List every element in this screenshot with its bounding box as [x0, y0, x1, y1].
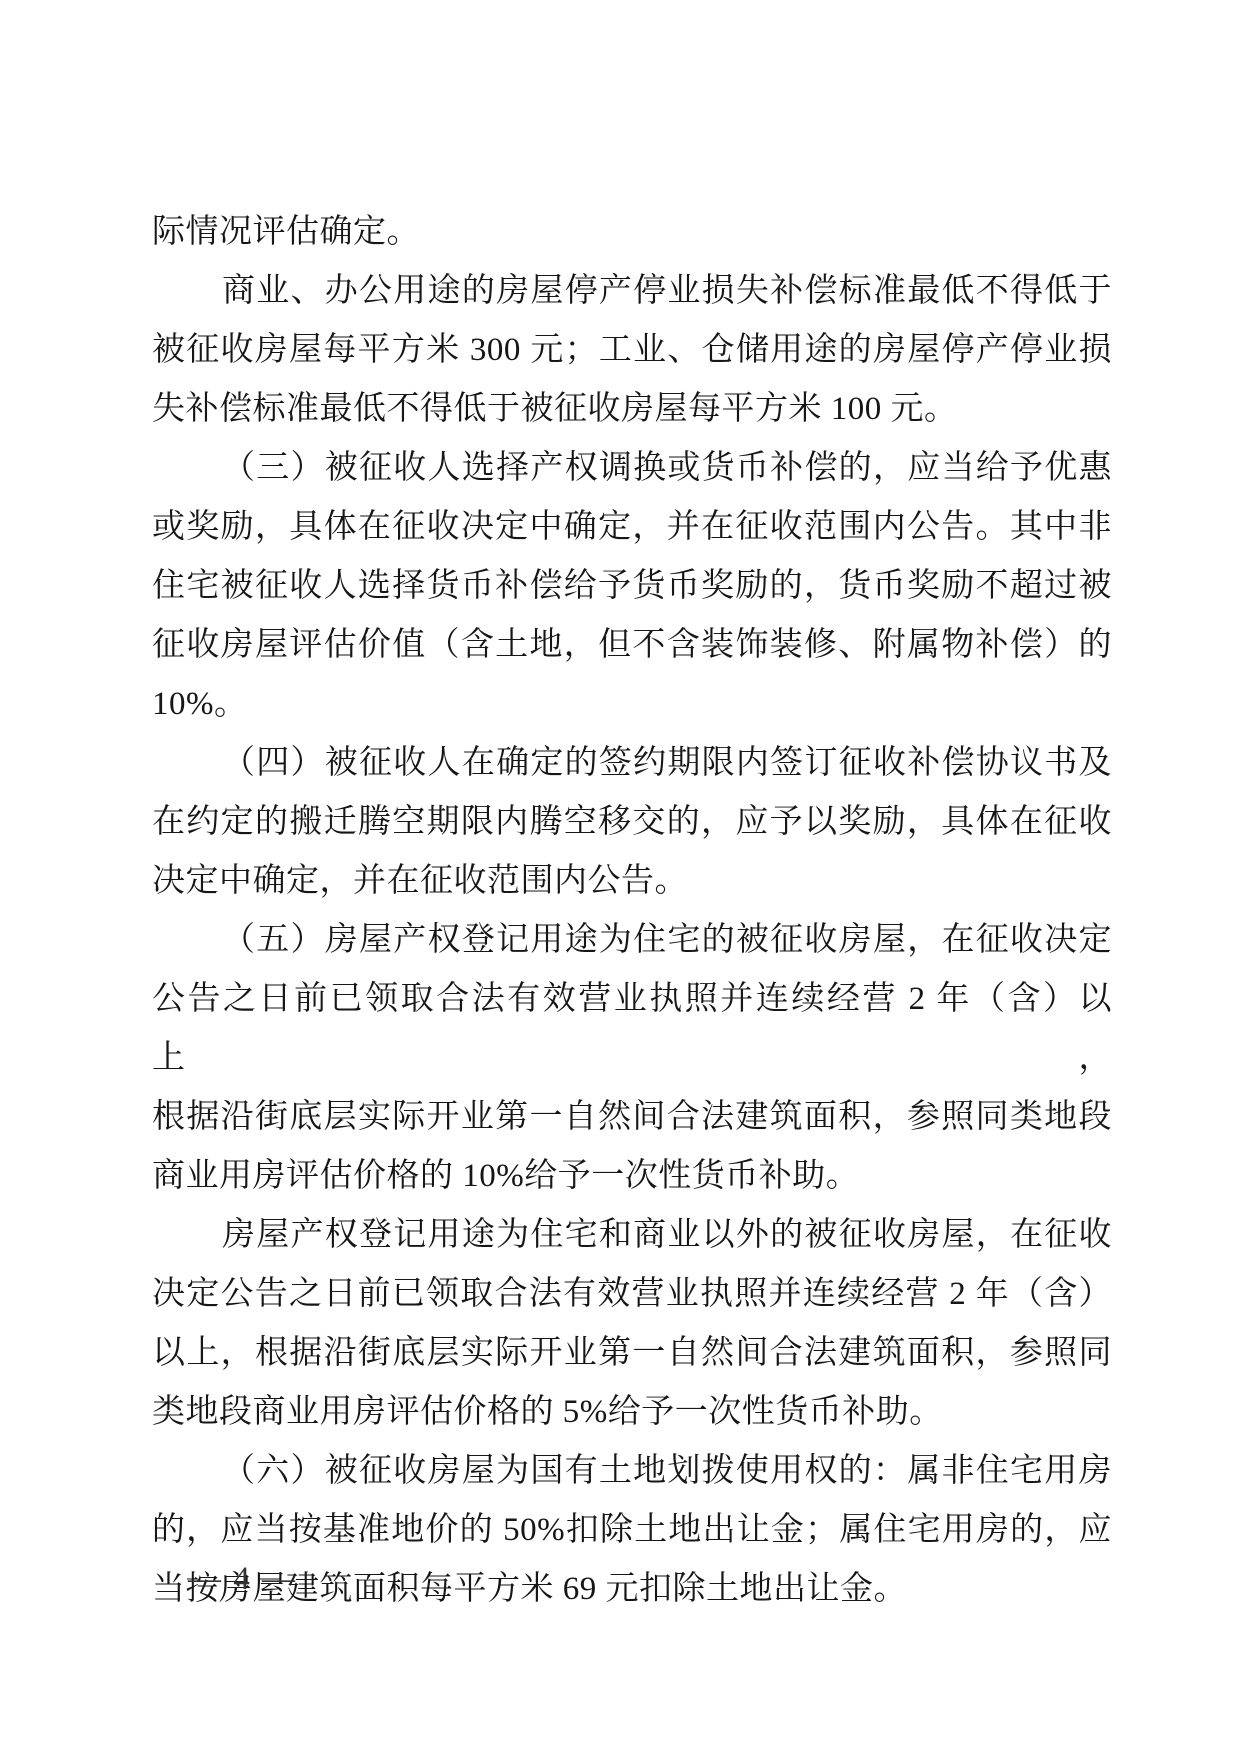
- text-line: 公告之日前已领取合法有效营业执照并连续经营 2 年（含）以上，: [152, 970, 1112, 1088]
- text-line: 被征收房屋每平方米 300 元；工业、仓储用途的房屋停产停业损: [152, 321, 1112, 380]
- text-line: 商业、办公用途的房屋停产停业损失补偿标准最低不得低于: [152, 262, 1112, 321]
- text-line: 决定中确定，并在征收范围内公告。: [152, 852, 1112, 911]
- page-number: — 4 —: [188, 1558, 297, 1600]
- text-line: 根据沿街底层实际开业第一自然间合法建筑面积，参照同类地段: [152, 1088, 1112, 1147]
- text-line: 以上，根据沿街底层实际开业第一自然间合法建筑面积，参照同: [152, 1324, 1112, 1383]
- text-line: （四）被征收人在确定的签约期限内签订征收补偿协议书及: [152, 734, 1112, 793]
- text-line: 商业用房评估价格的 10%给予一次性货币补助。: [152, 1147, 1112, 1206]
- text-line: 或奖励，具体在征收决定中确定，并在征收范围内公告。其中非: [152, 498, 1112, 557]
- text-line: 决定公告之日前已领取合法有效营业执照并连续经营 2 年（含）: [152, 1265, 1112, 1324]
- document-page: 际情况评估确定。商业、办公用途的房屋停产停业损失补偿标准最低不得低于被征收房屋每…: [0, 0, 1240, 1753]
- text-line: 际情况评估确定。: [152, 203, 1112, 262]
- text-line: （五）房屋产权登记用途为住宅的被征收房屋，在征收决定: [152, 911, 1112, 970]
- text-line: 住宅被征收人选择货币补偿给予货币奖励的，货币奖励不超过被: [152, 557, 1112, 616]
- text-line: 房屋产权登记用途为住宅和商业以外的被征收房屋，在征收: [152, 1206, 1112, 1265]
- text-line: 类地段商业用房评估价格的 5%给予一次性货币补助。: [152, 1383, 1112, 1442]
- text-line: 10%。: [152, 675, 1112, 734]
- text-line: 的，应当按基准地价的 50%扣除土地出让金；属住宅用房的，应: [152, 1501, 1112, 1560]
- text-line: 在约定的搬迁腾空期限内腾空移交的，应予以奖励，具体在征收: [152, 793, 1112, 852]
- text-line: （三）被征收人选择产权调换或货币补偿的，应当给予优惠: [152, 439, 1112, 498]
- text-line: （六）被征收房屋为国有土地划拨使用权的：属非住宅用房: [152, 1442, 1112, 1501]
- document-body: 际情况评估确定。商业、办公用途的房屋停产停业损失补偿标准最低不得低于被征收房屋每…: [152, 203, 1112, 1619]
- text-line: 征收房屋评估价值（含土地，但不含装饰装修、附属物补偿）的: [152, 616, 1112, 675]
- text-line: 失补偿标准最低不得低于被征收房屋每平方米 100 元。: [152, 380, 1112, 439]
